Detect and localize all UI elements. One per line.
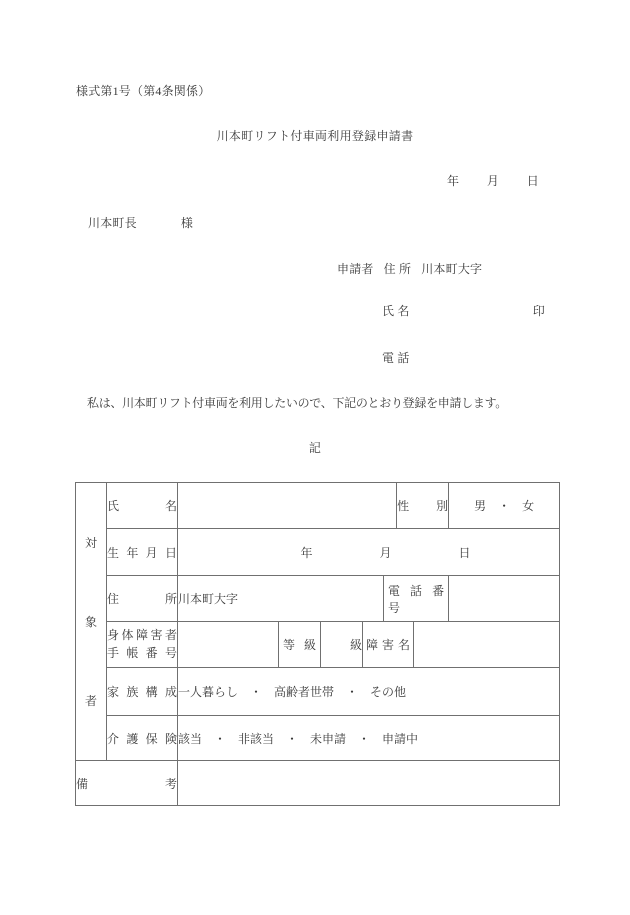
family-label-cell: 家 族 構 成 bbox=[107, 668, 178, 716]
addressee-line: 川本町長 様 bbox=[88, 216, 193, 231]
document-title: 川本町リフト付車両利用登録申請書 bbox=[0, 129, 630, 144]
table-row: 介 護 保 険 該当 ・ 非該当 ・ 未申請 ・ 申請中 bbox=[76, 716, 560, 761]
applicant-label: 申請者 bbox=[337, 262, 374, 277]
table-row: 住 所 川本町大字 電 話 番 号 bbox=[76, 576, 560, 622]
table-row: 身体障害者 手 帳 番 号 等 級 級 障 害 名 bbox=[76, 622, 560, 668]
care-label-cell: 介 護 保 険 bbox=[107, 716, 178, 761]
group-label-subject: 対 象 者 bbox=[76, 493, 106, 751]
handbook-label-line2: 手 帳 番 号 bbox=[107, 645, 177, 662]
application-table: 対 象 者 氏 名 性 別 男 ・ 女 生 年 月 日 年 月 日 住 所 川 bbox=[75, 482, 560, 806]
family-options-cell: 一人暮らし ・ 高齢者世帯 ・ その他 bbox=[178, 668, 560, 716]
remarks-label-cell: 備 考 bbox=[76, 761, 178, 806]
phone-input-cell bbox=[449, 576, 560, 622]
body-text: 私は、川本町リフト付車両を利用したいので、下記のとおり登録を申請します。 bbox=[87, 396, 507, 411]
applicant-address-label: 住 所 bbox=[384, 262, 412, 277]
applicant-name-line: 氏 名 印 bbox=[382, 304, 545, 319]
birth-year-label: 年 bbox=[301, 544, 313, 561]
group-char: 象 bbox=[85, 613, 97, 630]
note-heading: 記 bbox=[0, 441, 630, 456]
applicant-address-line: 申請者 住 所 川本町大字 bbox=[337, 262, 482, 277]
name-input-cell bbox=[178, 483, 397, 529]
address-label-cell: 住 所 bbox=[107, 576, 178, 622]
disability-label-cell: 障 害 名 bbox=[363, 622, 414, 668]
addressee-name: 川本町長 bbox=[88, 216, 137, 231]
grade-label-cell: 等 級 bbox=[279, 622, 321, 668]
birthdate-input-cell: 年 月 日 bbox=[178, 529, 560, 576]
applicant-name-label: 氏 名 bbox=[382, 304, 410, 319]
birth-month-label: 月 bbox=[380, 544, 392, 561]
remarks-input-cell bbox=[178, 761, 560, 806]
handbook-label-line1: 身体障害者 bbox=[107, 627, 177, 644]
table-row: 備 考 bbox=[76, 761, 560, 806]
addressee-honorific: 様 bbox=[181, 216, 193, 231]
grade-input-cell: 級 bbox=[321, 622, 363, 668]
group-char: 対 bbox=[85, 534, 97, 551]
name-label-cell: 氏 名 bbox=[107, 483, 178, 529]
disability-input-cell bbox=[414, 622, 560, 668]
birthdate-label-cell: 生 年 月 日 bbox=[107, 529, 178, 576]
date-month-label: 月 bbox=[487, 174, 499, 189]
date-day-label: 日 bbox=[527, 174, 539, 189]
seal-mark: 印 bbox=[533, 304, 545, 319]
date-year-label: 年 bbox=[447, 174, 459, 189]
table-row: 対 象 者 氏 名 性 別 男 ・ 女 bbox=[76, 483, 560, 529]
date-line: 年 月 日 bbox=[447, 174, 539, 189]
table-row: 家 族 構 成 一人暮らし ・ 高齢者世帯 ・ その他 bbox=[76, 668, 560, 716]
document-page: 様式第1号（第4条関係） 川本町リフト付車両利用登録申請書 年 月 日 川本町長… bbox=[0, 0, 630, 915]
applicant-address-value: 川本町大字 bbox=[421, 262, 482, 277]
birth-day-label: 日 bbox=[459, 544, 471, 561]
group-label-cell: 対 象 者 bbox=[76, 483, 107, 761]
form-number: 様式第1号（第4条関係） bbox=[76, 84, 210, 99]
handbook-number-input-cell bbox=[178, 622, 279, 668]
group-char: 者 bbox=[85, 692, 97, 709]
address-input-cell: 川本町大字 bbox=[178, 576, 384, 622]
phone-label-cell: 電 話 番 号 bbox=[384, 576, 449, 622]
applicant-phone-label: 電 話 bbox=[382, 351, 410, 366]
care-options-cell: 該当 ・ 非該当 ・ 未申請 ・ 申請中 bbox=[178, 716, 560, 761]
table-row: 生 年 月 日 年 月 日 bbox=[76, 529, 560, 576]
gender-label-cell: 性 別 bbox=[397, 483, 449, 529]
gender-options-cell: 男 ・ 女 bbox=[449, 483, 560, 529]
birthdate-units: 年 月 日 bbox=[178, 544, 559, 561]
handbook-label-cell: 身体障害者 手 帳 番 号 bbox=[107, 622, 178, 668]
